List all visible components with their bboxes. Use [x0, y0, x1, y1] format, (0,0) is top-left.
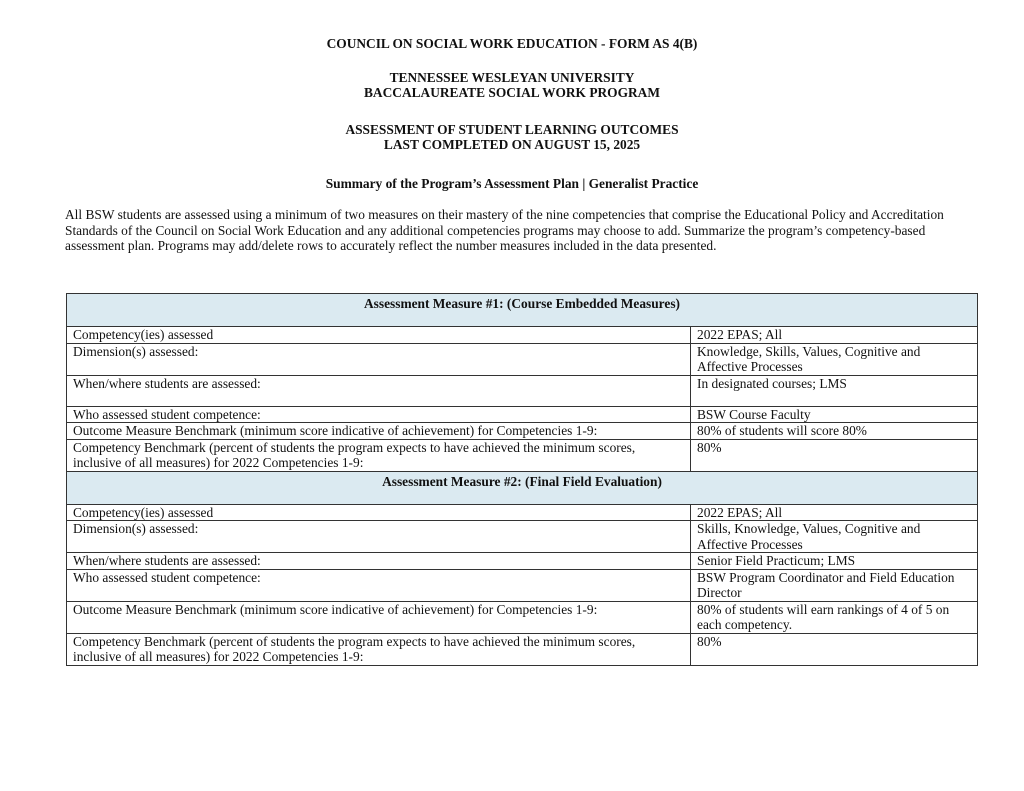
row-label: Dimension(s) assessed:: [67, 343, 691, 375]
completion-date: LAST COMPLETED ON AUGUST 15, 2025: [0, 137, 1024, 152]
row-label: Competency Benchmark (percent of student…: [67, 633, 691, 665]
row-label: Competency(ies) assessed: [67, 327, 691, 344]
row-label: Competency(ies) assessed: [67, 504, 691, 521]
row-value: 2022 EPAS; All: [691, 327, 978, 344]
row-label: Outcome Measure Benchmark (minimum score…: [67, 601, 691, 633]
row-label: Dimension(s) assessed:: [67, 521, 691, 553]
row-label: Who assessed student competence:: [67, 406, 691, 423]
row-label: Outcome Measure Benchmark (minimum score…: [67, 423, 691, 440]
assessment-measures-table: Assessment Measure #1: (Course Embedded …: [66, 293, 978, 666]
row-value: BSW Course Faculty: [691, 406, 978, 423]
institution-heading: TENNESSEE WESLEYAN UNIVERSITY BACCALAURE…: [0, 70, 1024, 100]
assessment-title: ASSESSMENT OF STUDENT LEARNING OUTCOMES: [0, 122, 1024, 137]
assessment-heading: ASSESSMENT OF STUDENT LEARNING OUTCOMES …: [0, 122, 1024, 152]
row-label: When/where students are assessed:: [67, 375, 691, 406]
measure-2-header: Assessment Measure #2: (Final Field Eval…: [67, 471, 978, 504]
document-page: COUNCIL ON SOCIAL WORK EDUCATION - FORM …: [0, 0, 1024, 791]
row-value: 80%: [691, 439, 978, 471]
row-value: In designated courses; LMS: [691, 375, 978, 406]
row-label: Competency Benchmark (percent of student…: [67, 439, 691, 471]
row-value: Knowledge, Skills, Values, Cognitive and…: [691, 343, 978, 375]
row-value: 80%: [691, 633, 978, 665]
section-subtitle: Summary of the Program’s Assessment Plan…: [0, 176, 1024, 191]
row-value: 80% of students will score 80%: [691, 423, 978, 440]
measure-1-header: Assessment Measure #1: (Course Embedded …: [67, 294, 978, 327]
row-value: Skills, Knowledge, Values, Cognitive and…: [691, 521, 978, 553]
form-title: COUNCIL ON SOCIAL WORK EDUCATION - FORM …: [0, 36, 1024, 51]
row-value: Senior Field Practicum; LMS: [691, 553, 978, 570]
intro-paragraph: All BSW students are assessed using a mi…: [65, 207, 980, 254]
row-value: BSW Program Coordinator and Field Educat…: [691, 569, 978, 601]
row-label: Who assessed student competence:: [67, 569, 691, 601]
row-value: 2022 EPAS; All: [691, 504, 978, 521]
row-value: 80% of students will earn rankings of 4 …: [691, 601, 978, 633]
university-name: TENNESSEE WESLEYAN UNIVERSITY: [0, 70, 1024, 85]
program-name: BACCALAUREATE SOCIAL WORK PROGRAM: [0, 85, 1024, 100]
row-label: When/where students are assessed:: [67, 553, 691, 570]
